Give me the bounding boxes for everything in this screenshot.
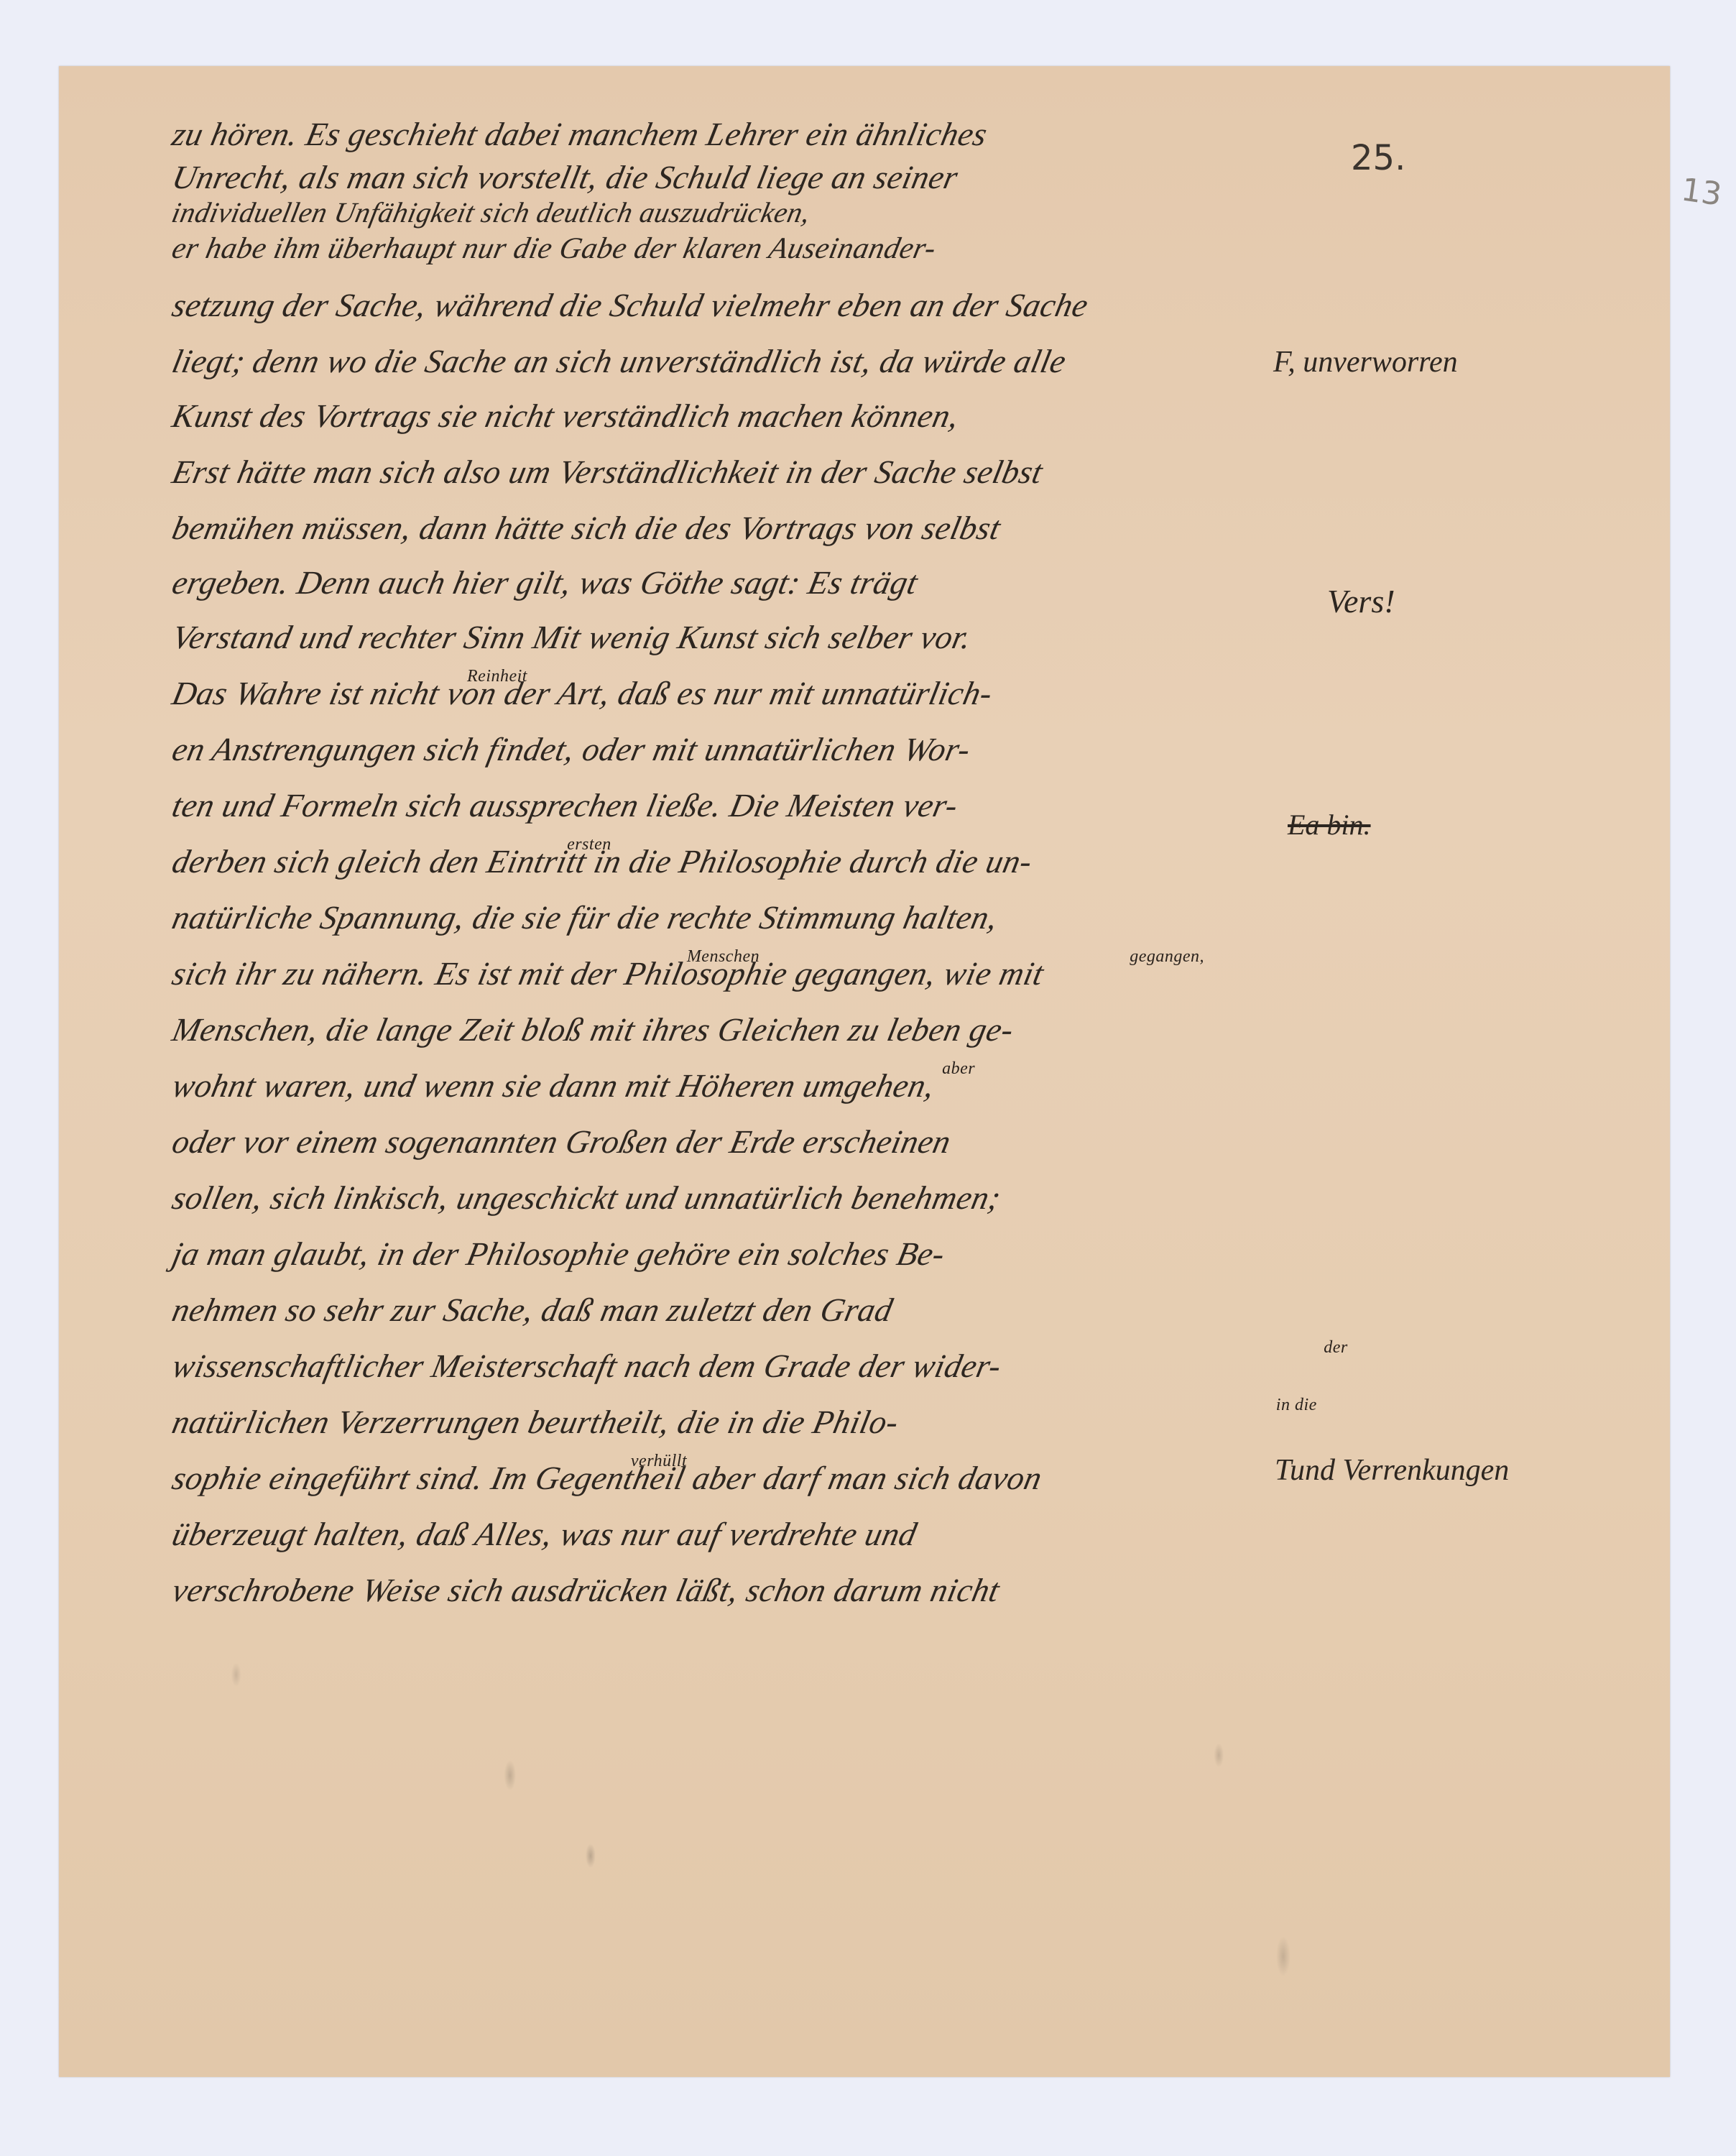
text-line: individuellen Unfähigkeit sich deutlich … — [169, 195, 813, 229]
insertion-reinheit: Reinheit — [467, 667, 527, 686]
text-line: wissenschaftlicher Meisterschaft nach de… — [169, 1347, 1005, 1385]
text-line: natürlichen Verzerrungen beurtheilt, die… — [169, 1403, 902, 1441]
manuscript-page: 13 25. zu hören. Es geschieht dabei manc… — [59, 66, 1670, 2077]
text-line: liegt; denn wo die Sache an sich unverst… — [169, 342, 1070, 380]
page-number: 25. — [1351, 138, 1405, 178]
margin-note-ea-bin: Ea bin. — [1288, 808, 1371, 842]
text-line: sophie eingeführt sind. Im Gegentheil ab… — [169, 1459, 1045, 1497]
text-line: sollen, sich linkisch, ungeschickt und u… — [169, 1179, 1005, 1217]
text-line: Erst hätte man sich also um Verständlich… — [169, 453, 1046, 491]
text-line: ja man glaubt, in der Philosophie gehöre… — [169, 1235, 948, 1273]
text-line: en Anstrengungen sich findet, oder mit u… — [169, 730, 974, 768]
text-line: sich ihr zu nähern. Es ist mit der Philo… — [169, 954, 1048, 992]
insertion-in-die: in die — [1276, 1396, 1317, 1414]
insertion-gegangen: gegangen, — [1130, 947, 1204, 966]
text-line: überzeugt halten, daß Alles, was nur auf… — [169, 1515, 920, 1553]
text-line: natürliche Spannung, die sie für die rec… — [169, 898, 1002, 936]
text-line: Das Wahre ist nicht von der Art, daß es … — [169, 674, 996, 712]
text-line: setzung der Sache, während die Schuld vi… — [169, 286, 1092, 324]
margin-note-unverworren: F, unverworren — [1273, 345, 1458, 379]
insertion-der: der — [1324, 1338, 1348, 1357]
text-line: ten und Formeln sich aussprechen ließe. … — [169, 786, 961, 824]
text-line: nehmen so sehr zur Sache, daß man zuletz… — [169, 1291, 896, 1329]
insertion-verhuellt: verhüllt — [631, 1452, 687, 1470]
text-line: zu hören. Es geschieht dabei manchem Leh… — [169, 115, 991, 153]
margin-note-vers: Vers! — [1327, 582, 1395, 620]
text-line: bemühen müssen, dann hätte sich die des … — [169, 509, 1005, 547]
text-line: wohnt waren, und wenn sie dann mit Höher… — [169, 1067, 938, 1105]
text-line: Kunst des Vortrags sie nicht verständlic… — [169, 397, 963, 435]
insertion-aber: aber — [942, 1059, 975, 1078]
text-line: verschrobene Weise sich ausdrücken läßt,… — [169, 1571, 1003, 1609]
text-line: ergeben. Denn auch hier gilt, was Göthe … — [169, 563, 921, 602]
text-line: er habe ihm überhaupt nur die Gabe der k… — [169, 231, 939, 266]
insertion-menschen: Menschen — [687, 947, 759, 966]
insertion-ersten: ersten — [567, 835, 611, 854]
text-line: Menschen, die lange Zeit bloß mit ihres … — [169, 1010, 1017, 1049]
text-line: Verstand und rechter Sinn Mit wenig Kuns… — [169, 618, 975, 656]
folio-number: 13 — [1679, 171, 1725, 213]
body-text: zu hören. Es geschieht dabei manchem Leh… — [169, 115, 1218, 134]
margin-note-verrenkungen: Tund Verrenkungen — [1275, 1453, 1509, 1488]
text-line: Unrecht, als man sich vorstellt, die Sch… — [169, 158, 961, 196]
text-line: oder vor einem sogenannten Großen der Er… — [169, 1123, 954, 1161]
